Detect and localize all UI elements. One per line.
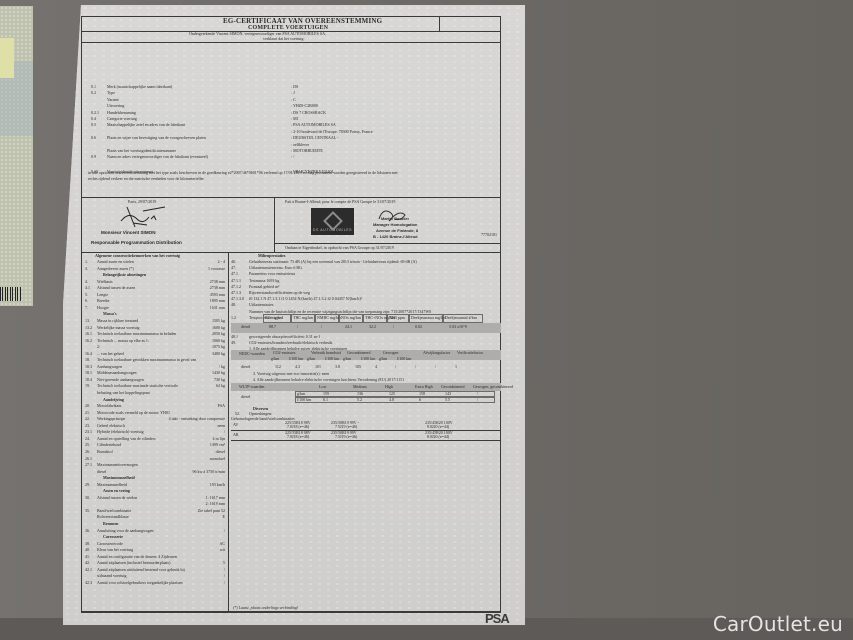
wltp-header: Gecombineerd (441, 385, 465, 389)
left-row-value: neen (217, 424, 225, 428)
emissions-value: / (321, 325, 322, 329)
right-row-code: 46. (231, 260, 236, 264)
nedc-group: Gewogen (383, 351, 398, 355)
ident-label: Merk (maatschappelijke naam fabrikant) (107, 85, 172, 89)
left-row-value: 96 kw à 3750 tr/min (193, 470, 225, 474)
left-row-value: monofuel (210, 457, 225, 461)
left-row-value: / (224, 529, 225, 533)
nedc-note: 3. Voertuig uitgerust met eco-innovatie(… (253, 372, 329, 376)
nedc-value: / (435, 365, 436, 369)
left-row-value: 5 (223, 561, 225, 565)
left-row-value: / (224, 574, 225, 578)
left-row-label: Aantal voor rolstoelgebruikers toegankel… (97, 581, 183, 585)
ident-label: Voertuigidentificatienummer (107, 170, 153, 174)
ident-code: 0.2.1 (91, 111, 99, 115)
ident-code: 0.9 (91, 155, 96, 159)
wltp-value: 5.2 (357, 398, 362, 402)
left-row-label: diesel (97, 470, 106, 474)
right-code: 77702181 (481, 233, 497, 237)
left-row-value: 4 in lijn (213, 437, 225, 441)
left-row-label: Breedte (97, 299, 109, 303)
wltp-value: 125 (389, 392, 395, 396)
wltp-value: 143 (445, 392, 451, 396)
tyre-rim: 7.0J18 (e=46) (287, 435, 309, 439)
left-row-label: Aantal zitplaatsen uitsluitend bestemd v… (97, 568, 185, 572)
right-row-code: 47.1.3.0 (231, 297, 244, 301)
nedc-value: 4 (375, 365, 377, 369)
nedc-unit: l/100 km (325, 357, 339, 361)
left-row-code: 4.1 (85, 286, 90, 290)
left-row-code: 22. (85, 417, 90, 421)
left-row-value: 3480 kg (212, 352, 225, 356)
ident-label: Categorie voertuig (107, 117, 137, 121)
wltp-unit: g/km (297, 392, 305, 396)
left-row-label: Maximumsnelheid (97, 483, 127, 487)
left-row-code: 1. (85, 260, 88, 264)
left-row-label: Motorcode zoals vermeld op de motor: YH0… (97, 411, 170, 415)
left-row-value: Zie tabel punt 52 (198, 509, 225, 513)
left-row-value: 730 kg (214, 378, 225, 382)
footnote: (*) Laatst. plaats onderlings verbinding… (233, 606, 298, 610)
right-address-1: Avenue de Finlande, 8 (376, 229, 418, 233)
left-row-label: Aantal en configuratie van de deuren: 4 … (97, 555, 177, 559)
left-row-label: Werkingsprincipe (97, 417, 125, 421)
left-row-code: 16.4 (85, 352, 92, 356)
ident-code: 0.1 (91, 85, 96, 89)
wltp-value: 5.5 (445, 398, 450, 402)
left-row-label: Niet-geremde aanhangwagen (97, 378, 144, 382)
left-row-code: 21. (85, 411, 90, 415)
nedc-value: / (395, 365, 396, 369)
nedc-value: 1 (455, 365, 457, 369)
nedc-unit: l/100 km (361, 357, 375, 361)
certificate-title: EG-CERTIFICAAT VAN OVEREENSTEMMING (223, 18, 382, 25)
left-row-label: Technisch ... massa op elke as 1: (97, 339, 149, 343)
left-row-code: 26.1 (85, 457, 92, 461)
left-row-value: / (224, 581, 225, 585)
left-row-value: E (223, 515, 225, 519)
left-row-label: Aangedreven assen (*) (97, 267, 134, 271)
nedc-group: CO2-emissies (273, 351, 295, 355)
left-row-label: Carrosseriecode (97, 542, 123, 546)
declaration-line-2: verklaart dat het voertuig: (263, 37, 304, 41)
left-row-value: 1631 mm (210, 306, 225, 310)
smoke-label: gecorrigeerde absorptiecoëfficiënt: 0.31… (249, 335, 320, 339)
wltp-title: WLTP-waarden (239, 385, 264, 389)
tyre-rim: 8.0J20 (e=44) (427, 425, 449, 429)
wltp-value: 6.1 (323, 398, 328, 402)
left-row-value: / kg (219, 365, 225, 369)
right-row-label: Nummer van de basisrichtlijn en de recen… (249, 310, 431, 314)
ident-code: 0.4 (91, 117, 96, 121)
wltp-value: 4.8 (389, 398, 394, 402)
ident-value: : zelfklever (291, 143, 309, 147)
ident-label: Plaats van het voertuigidentificatienumm… (107, 149, 176, 153)
left-row-code: 18.3 (85, 365, 92, 369)
ident-code: 0.6 (91, 136, 96, 140)
left-row-label: Remmen (103, 522, 118, 526)
left-row-code: 38. (85, 542, 90, 546)
ident-value: : 2-10 boulevard de l'Europe, 78300 Pois… (291, 130, 373, 134)
wltp-unit: l/100 km (297, 398, 311, 402)
left-row-label: Massa's (103, 312, 117, 316)
emissions-header: CO mg/km (265, 316, 283, 320)
nedc-group: Afwijkingsfactor (423, 351, 450, 355)
wltp-header: Gewogen, gecombineerd (473, 385, 513, 389)
ident-label: Maatschappelijke zetel en adres van de f… (107, 123, 185, 127)
left-row-label: Maximumnettovermogen (97, 463, 138, 467)
ident-value: : DS 7 CROSSBACK (291, 111, 326, 115)
right-row-label: f0 132.1 N 47.1.3.1 f1 0.1454 N/(km/h) 4… (249, 297, 362, 301)
left-row-code: 29. (85, 483, 90, 487)
left-row-value: 1505 kg (212, 319, 225, 323)
left-row-code: 18.1 (85, 371, 92, 375)
left-row-label: Geheel elektrisch (97, 424, 125, 428)
nedc-group: Verificatiefactor (457, 351, 483, 355)
emissions-header: Deeltjesmassa mg/km (411, 316, 446, 320)
left-row-label: Hoogte (97, 306, 109, 310)
nedc-value: 3.8 (335, 365, 340, 369)
left-row-code: 23.1 (85, 430, 92, 434)
emissions-header: Deeltjesaantal #/km (445, 316, 477, 320)
emissions-header: NOx mg/km (341, 316, 361, 320)
left-row-code: 13.2 (85, 326, 92, 330)
left-row-code: 40. (85, 548, 90, 552)
left-row-label: Afstand tussen de assen (97, 286, 135, 290)
left-row-label: Werkelijke massa voertuig (97, 326, 140, 330)
left-row-code: 41. (85, 555, 90, 559)
right-row-code: 48. (231, 303, 236, 307)
left-row-value: 2738 mm (210, 280, 225, 284)
right-row-code: 47.1.2 (231, 285, 241, 289)
emissions-row-label: diesel (241, 325, 250, 329)
nedc-row-label: diesel (241, 365, 250, 369)
ident-label: Naam en adres vertegenwoordiger van de f… (107, 155, 208, 159)
wltp-row-label: diesel (241, 395, 250, 399)
tyre-axle: AV (233, 423, 238, 427)
left-row-label: Band/wielcombinatie (97, 509, 131, 513)
left-row-value: 4 takt - ontsteking door compressie (169, 417, 225, 421)
left-row-label: belasting van het koppelingspunt (97, 391, 150, 395)
wltp-value: 136 (357, 392, 363, 396)
left-row-value: 1075 kg (212, 345, 225, 349)
emissions-value: 0.02 (415, 325, 422, 329)
left-row-label: Lengte (97, 293, 108, 297)
ident-value: : DEURSTIJL CENTRAAL - (291, 136, 338, 140)
left-row-label: ... van het geheel (97, 352, 124, 356)
nedc-unit: g/km (271, 357, 279, 361)
wltp-value: 159 (323, 392, 329, 396)
left-row-label: Cilinderinhoud (97, 443, 121, 447)
left-row-label: stilstaand voertuig (97, 574, 126, 578)
left-row-label: Kleur van het voertuig (97, 548, 133, 552)
left-row-label: Hybride (elektrisch) voertuig (97, 430, 144, 434)
emissions-value: 5.03 x10^9 (449, 325, 467, 329)
right-row-label: Uitlaatemissieniveau: Euro 6 BG (249, 266, 302, 270)
left-row-label: Carrosserie (103, 535, 123, 539)
nedc-group: Verbruik brandstof (311, 351, 341, 355)
left-row-label: Aantal en opstelling van de cilinders (97, 437, 156, 441)
ident-code: 0.2 (91, 91, 96, 95)
nedc-group: Gecombineerd (347, 351, 371, 355)
left-row-label: Belangrijkste afmetingen (103, 273, 146, 277)
left-row-code: 25. (85, 443, 90, 447)
left-row-value: 2 - 4 (218, 260, 225, 264)
left-row-label: Aanhangwagen (97, 365, 122, 369)
left-row-value: 2738 mm (210, 286, 225, 290)
wltp-header: Extra High (415, 385, 433, 389)
right-signer-name: Martin Boucier (381, 217, 409, 221)
left-row-value: 1: 1617 mm (206, 496, 225, 500)
left-row-code: 7. (85, 306, 88, 310)
tyre-rim: 7.0J18 (e=46) (287, 425, 309, 429)
ds-automobiles-logo: DS AUTOMOBILES (311, 208, 354, 235)
left-row-code: 30. (85, 496, 90, 500)
left-row-value: 1 voorasse (208, 267, 225, 271)
left-row-code: 3. (85, 267, 88, 271)
left-row-label: Aantal zitplaatsen (inclusief bestuurder… (97, 561, 170, 565)
nedc-unit: g/km (379, 357, 387, 361)
tyre-row-divider (231, 440, 501, 441)
right-row-label: Uitlaatemissies (249, 303, 273, 307)
nedc-unit: g/km (343, 357, 351, 361)
signature-left-icon (103, 203, 183, 231)
left-row-code: 4. (85, 280, 88, 284)
emissions-value: / (297, 325, 298, 329)
left-row-value: 1430 kg (212, 371, 225, 375)
left-row-code: 24. (85, 437, 90, 441)
smoke-code: 49. (231, 341, 236, 345)
left-row-label: Technisch toelaatbare getrokken maximumm… (97, 358, 196, 362)
left-row-value: 2: 1619 mm (206, 502, 225, 506)
left-row-code: 36. (85, 529, 90, 533)
left-row-label: Aansluiting voor de aanhangwagen (97, 529, 154, 533)
left-row-value: 1499 cm³ (210, 443, 225, 447)
left-row-value: 193 km/h (210, 483, 225, 487)
left-signer-name: Monsieur Vincent SIMON (101, 231, 156, 236)
ident-label: Type (107, 91, 115, 95)
right-row-code: 47.1 (231, 272, 238, 276)
declaration-line-1: Ondergetekende Vincent SIMON, vertegenwo… (189, 32, 326, 36)
right-row-label: Testmassa 1693 kg (249, 279, 279, 283)
right-row-label: Parameters voor emissietests (249, 272, 295, 276)
wltp-value: 158 (419, 392, 425, 396)
ident-code: 0.10 (91, 170, 98, 174)
nedc-unit: l/100 km (397, 357, 411, 361)
left-row-code: 42.3 (85, 581, 92, 585)
side-document (0, 6, 33, 306)
right-row-label: Geluidsniveau stationair: 75 dB (A) bij … (249, 260, 417, 264)
left-row-label: Aandrijving (103, 398, 124, 402)
left-row-label: Motorfabrikant (97, 404, 121, 408)
left-row-code: 42. (85, 561, 90, 565)
psa-logo: PSA (485, 611, 509, 626)
left-row-label: Technisch toelaatbare maximale statische… (97, 384, 178, 388)
ident-label: Uitvoering (107, 104, 124, 108)
caroutlet-watermark: CarOutlet.eu (713, 612, 843, 636)
emissions-header: NMHC mg/km (317, 316, 341, 320)
ident-value: : VR1JCYHZRKY102401 (291, 170, 334, 174)
left-row-code: 23. (85, 424, 90, 428)
left-row-label: Middenasaanhangwagen (97, 371, 137, 375)
emissions-header: NH3 ppm (389, 316, 405, 320)
right-row-code: 47.1.3 (231, 291, 241, 295)
left-row-code: 26. (85, 450, 90, 454)
nedc-unit: l/100 km (289, 357, 303, 361)
nedc-value: 105 (355, 365, 361, 369)
ident-value: : PSA AUTOMOBILES SA (291, 123, 336, 127)
left-signer-role: Responsable Programmation Distribution (91, 241, 182, 246)
coc-certificate: EG-CERTIFICAAT VAN OVEREENSTEMMING COMPL… (63, 5, 525, 625)
tyre-rim: 8.0J20 (e=44) (427, 435, 449, 439)
right-row-label: Frontaal gebied m² (249, 285, 279, 289)
left-row-label: Maximumsnelheid (103, 476, 135, 480)
left-row-code: 18. (85, 358, 90, 362)
right-footer: Ondaan te Eigenbrakel, in opdracht van P… (285, 246, 394, 250)
tyre-row-divider (231, 430, 501, 431)
left-row-code: 5. (85, 293, 88, 297)
left-row-label: 2: (97, 345, 100, 349)
left-row-code: 16.2 (85, 339, 92, 343)
left-row-value: wit (220, 548, 225, 552)
wltp-value: 6 (419, 398, 421, 402)
conformity-text-2: rechts rijdend verkeer en die metrische … (88, 177, 204, 181)
left-row-code: 16.1 (85, 332, 92, 336)
wltp-header: High (385, 385, 393, 389)
smoke-label: CO2-emissies/brandstofverbruik/elektrisc… (249, 341, 332, 345)
right-row-code: 1.2 (231, 316, 236, 320)
wltp-value: / (477, 392, 478, 396)
smoke-code: 48.1 (231, 335, 238, 339)
left-row-value: diesel (216, 450, 225, 454)
nedc-value: 4.3 (295, 365, 300, 369)
tyre-rim: 7.5J19 (e=46) (335, 425, 357, 429)
left-row-code: 6. (85, 299, 88, 303)
ident-value: : / (291, 155, 294, 159)
emissions-value: / (393, 325, 394, 329)
left-row-value: 1895 mm (210, 299, 225, 303)
left-row-code: 19. (85, 384, 90, 388)
ident-value: : J (291, 91, 295, 95)
left-row-label: Massa in rijklare toestand (97, 319, 138, 323)
tyre-axle: AR (233, 433, 239, 437)
emissions-value: 24.1 (345, 325, 352, 329)
right-row-code: 47. (231, 266, 236, 270)
right-place-date: Fait à Braine-l-Alleud, pour le compte d… (285, 200, 395, 204)
ident-value: : C (291, 98, 296, 102)
left-row-value: AC (219, 542, 225, 546)
emissions-value: 32.2 (369, 325, 376, 329)
ident-label: Plaats en wijze van bevestiging van de v… (107, 136, 206, 140)
left-row-code: 18.4 (85, 378, 92, 382)
left-row-label: Brandstof (97, 450, 113, 454)
right-row-code: 47.1.1 (231, 279, 241, 283)
left-row-value: 2050 kg (212, 332, 225, 336)
left-row-code: 13. (85, 319, 90, 323)
left-row-code: 20. (85, 404, 90, 408)
left-row-code: 42.1 (85, 568, 92, 572)
right-row-label: Rijweerstandscoëfficiënten op de weg (249, 291, 310, 295)
tyre-rim: 7.5J19 (e=46) (335, 435, 357, 439)
ident-value: : YHZ8-C2B000 (291, 104, 318, 108)
left-row-label: Technisch toelaatbare maximummassa in be… (97, 332, 176, 336)
left-row-value: PSA (218, 404, 225, 408)
left-row-value: 1600 kg (212, 326, 225, 330)
nedc-value: 101 (315, 365, 321, 369)
left-row-label: Afstand tussen de wielen (97, 496, 137, 500)
right-signer-role: Manager Homologation (373, 223, 417, 227)
left-row-value: / (224, 430, 225, 434)
left-row-value: 4593 mm (210, 293, 225, 297)
left-row-value: / (224, 568, 225, 572)
nedc-title: NEDC-waarden (239, 352, 265, 356)
left-row-label: Aantal assen en wielen (97, 260, 134, 264)
nedc-unit: g/km (307, 357, 315, 361)
side-document-sticker (0, 38, 14, 78)
wltp-header: Medium (353, 385, 367, 389)
left-row-label: Wielbasis (97, 280, 113, 284)
ident-code: 0.5 (91, 123, 96, 127)
ident-value: : DS (291, 85, 298, 89)
section-env: Milieuprestaties (258, 254, 285, 258)
ident-label: Variant (107, 98, 119, 102)
right-address-2: B - 1420 Braine-l'Alleud (373, 235, 418, 239)
nedc-value: / (415, 365, 416, 369)
nedc-note: 4. Alle aandrijfbronnen behalve elektris… (253, 378, 404, 382)
section-general: Algemene constructiekenmerken van het vo… (95, 254, 180, 258)
nedc-value: 112 (275, 365, 281, 369)
left-row-label: Rolweerstandklasse (97, 515, 129, 519)
emissions-value: 88.7 (269, 325, 276, 329)
left-row-value: 64 kg (216, 384, 225, 388)
emissions-header: THC mg/km (293, 316, 313, 320)
ident-label: Handelsbenaming (107, 111, 136, 115)
left-row-code: 35. (85, 509, 90, 513)
left-row-code: 27.1 (85, 463, 92, 467)
ident-value: : M1 (291, 117, 299, 121)
barcode-icon (0, 287, 22, 301)
wltp-value: / (477, 398, 478, 402)
ident-value: : MOTORRUIMTE (291, 149, 323, 153)
wltp-header: Low (319, 385, 326, 389)
left-row-value: 1060 kg (212, 339, 225, 343)
left-row-label: Assen en vering (103, 489, 130, 493)
